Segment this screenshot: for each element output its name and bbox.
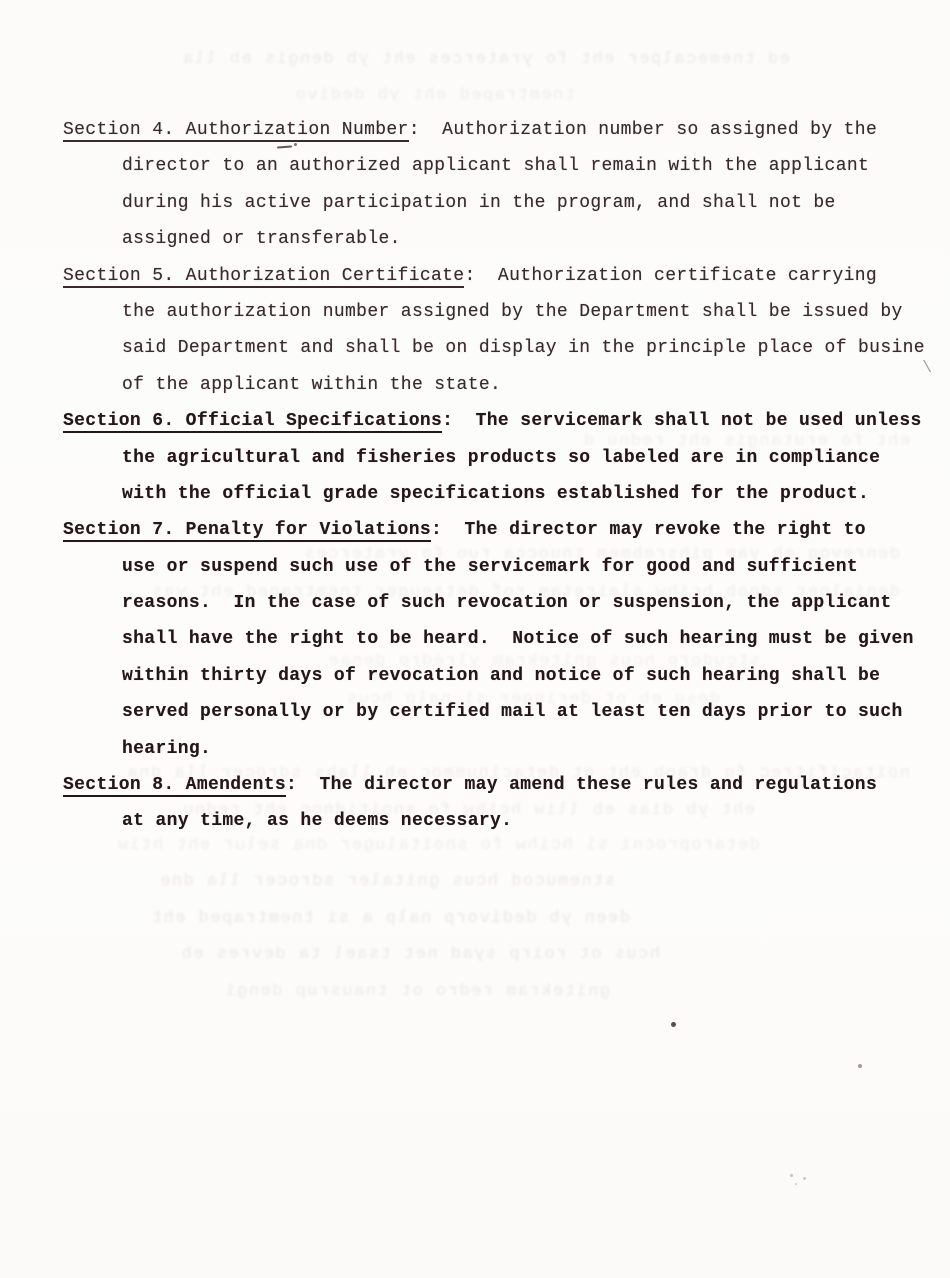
section-7-body-line: hearing. [63, 731, 937, 767]
section-4-heading: Section 4. Authorization Number [63, 120, 409, 142]
section-4-body-line: director to an authorized applicant shal… [63, 148, 937, 184]
section-4-first-line-text: : Authorization number so assigned by th… [409, 120, 877, 140]
scan-speck [858, 1064, 862, 1068]
section-4-body-line: assigned or transferable. [63, 221, 937, 257]
section-6-body-line: with the official grade specifications e… [63, 476, 937, 512]
scan-speck [671, 1022, 676, 1027]
section-5: Section 5. Authorization Certificate: Au… [63, 258, 937, 404]
section-6: Section 6. Official Specifications: The … [63, 403, 937, 512]
section-6-first-line-text: : The servicemark shall not be used unle… [442, 411, 922, 431]
section-7-body-line: shall have the right to be heard. Notice… [63, 621, 937, 657]
scan-speck [803, 1177, 806, 1180]
section-5-body-line: the authorization number assigned by the… [63, 294, 937, 330]
section-4: Section 4. Authorization Number: Authori… [63, 112, 937, 258]
bleedthrough-text: gnitekram redro ot tnausrup dengi [120, 980, 610, 1004]
section-8-heading: Section 8. Amendents [63, 775, 286, 797]
section-7-body-line: reasons. In the case of such revocation … [63, 585, 937, 621]
section-6-heading: Section 6. Official Specifications [63, 411, 442, 433]
scan-speck [795, 1183, 797, 1185]
section-5-heading: Section 5. Authorization Certificate [63, 266, 464, 288]
section-8-heading-line: Section 8. Amendents: The director may a… [63, 767, 937, 803]
scanned-page: { "document": { "sections": [ { "heading… [0, 0, 950, 1278]
bleedthrough-text: hcus ot roirp syad net tsael ta devres e… [70, 943, 660, 967]
section-5-body-line: said Department and shall be on display … [63, 330, 937, 366]
section-8: Section 8. Amendents: The director may a… [63, 767, 937, 840]
section-4-body-line: during his active participation in the p… [63, 185, 937, 221]
section-6-heading-line: Section 6. Official Specifications: The … [63, 403, 937, 439]
bleedthrough-text: ed tnemecalper eht fo yraterces eht yb d… [180, 48, 790, 72]
section-8-body-line: at any time, as he deems necessary. [63, 803, 937, 839]
bleedthrough-text: tnemtraped eht yb dedivorp eb llahs [295, 84, 575, 108]
section-8-first-line-text: : The director may amend these rules and… [286, 775, 877, 795]
section-7: Section 7. Penalty for Violations: The d… [63, 512, 937, 767]
section-5-body-line: of the applicant within the state. [63, 367, 937, 403]
section-7-body-line: within thirty days of revocation and not… [63, 658, 937, 694]
section-6-body-line: the agricultural and fisheries products … [63, 440, 937, 476]
section-4-heading-line: Section 4. Authorization Number: Authori… [63, 112, 937, 148]
section-7-first-line-text: : The director may revoke the right to [431, 520, 866, 540]
section-5-first-line-text: : Authorization certificate carrying [464, 266, 877, 286]
section-7-heading: Section 7. Penalty for Violations [63, 520, 431, 542]
section-7-body-line: served personally or by certified mail a… [63, 694, 937, 730]
bleedthrough-text: deen yb dedivorp nalp a si tnemtraped eh… [60, 907, 630, 931]
section-7-heading-line: Section 7. Penalty for Violations: The d… [63, 512, 937, 548]
section-7-body-line: use or suspend such use of the servicema… [63, 549, 937, 585]
bleedthrough-text: stnemucod hcus gnitaler sdrocer lla dne [95, 870, 615, 894]
typewritten-document: Section 4. Authorization Number: Authori… [63, 112, 937, 840]
section-5-heading-line: Section 5. Authorization Certificate: Au… [63, 258, 937, 294]
scan-speck [790, 1174, 793, 1177]
